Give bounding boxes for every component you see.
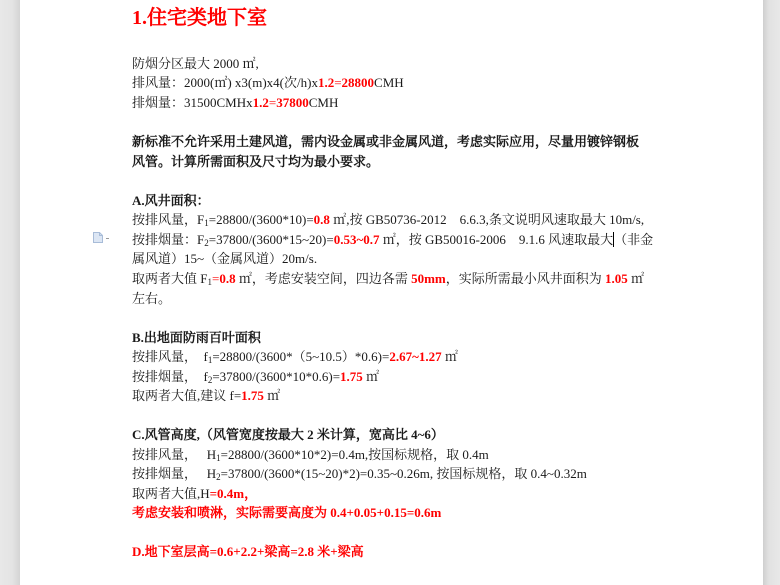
- smoke-result: 37800: [276, 95, 309, 110]
- section-c-row-exhaust: 按排风量， H1=28800/(3600*10*2)=0.4m,按国标规格，取 …: [132, 447, 489, 463]
- note-line-1: 新标准不允许采用土建风道，需内设金属或非金属风道，考虑实际应用，尽量用镀锌钢板: [132, 134, 639, 150]
- intro-line-exhaust: 排风量：2000(㎡) x3(m)x4(次/h)x1.2=28800CMH: [132, 75, 404, 91]
- section-c-row-conclusion: 取两者大值,H=0.4m，: [132, 486, 257, 502]
- smoke-factor: 1.2: [253, 95, 269, 110]
- intro-line-area: 防烟分区最大 2000 ㎡,: [132, 56, 259, 72]
- document-page[interactable]: 1.住宅类地下室 防烟分区最大 2000 ㎡, 排风量：2000(㎡) x3(m…: [20, 0, 763, 585]
- section-c-row-installation: 考虑安装和喷淋，实际需要高度为 0.4+0.05+0.15=0.6m: [132, 505, 441, 521]
- section-b-heading: B.出地面防雨百叶面积: [132, 330, 261, 346]
- section-a-row-smoke: 按排烟量：F2=37800/(3600*15~20)=0.53~0.7 ㎡，按 …: [132, 232, 653, 248]
- note-line-2: 风管。计算所需面积及尺寸均为最小要求。: [132, 154, 379, 170]
- section-a-heading: A.风井面积：: [132, 193, 210, 209]
- section-c-row-smoke: 按排烟量， H2=37800/(3600*(15~20)*2)=0.35~0.2…: [132, 466, 587, 482]
- section-a-row-continuation: 属风道）15~（金属风道）20m/s.: [132, 251, 317, 267]
- section-a-row-conclusion: 取两者大值 F1=0.8 ㎡，考虑安装空间，四边各需 50mm，实际所需最小风井…: [132, 271, 644, 287]
- section-b-row-smoke: 按排烟量， f2=37800/(3600*10*0.6)=1.75 ㎡: [132, 369, 379, 385]
- section-a-row-tail: 左右。: [132, 291, 171, 307]
- section-c-heading: C.风管高度,（风管宽度按最大 2 米计算，宽高比 4~6）: [132, 427, 444, 443]
- section-d-heading: D.地下室层高=0.6+2.2+梁高=2.8 米+梁高: [132, 544, 364, 560]
- section-b-row-conclusion: 取两者大值,建议 f=1.75 ㎡: [132, 388, 280, 404]
- exhaust-factor: 1.2: [318, 75, 334, 90]
- document-title: 1.住宅类地下室: [132, 6, 267, 30]
- section-a-row-exhaust: 按排风量，F1=28800/(3600*10)=0.8 ㎡,按 GB50736-…: [132, 212, 644, 228]
- left-gutter: [0, 0, 20, 585]
- right-gutter: [763, 0, 780, 585]
- exhaust-result: 28800: [342, 75, 375, 90]
- paragraph-handle-icon[interactable]: [93, 232, 103, 243]
- intro-line-smoke: 排烟量：31500CMHx1.2=37800CMH: [132, 95, 338, 111]
- paragraph-handle-dropdown-icon[interactable]: [106, 238, 109, 239]
- section-b-row-exhaust: 按排风量， f1=28800/(3600*（5~10.5）*0.6)=2.67~…: [132, 349, 458, 365]
